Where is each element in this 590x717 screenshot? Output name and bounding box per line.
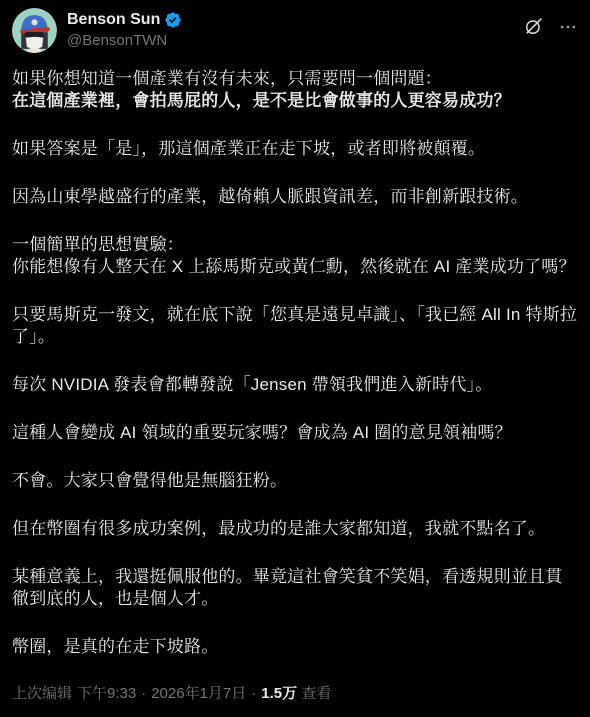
post-meta: 上次编辑 下午9:33 · 2026年1月7日 · 1.5万 查看 [12,684,578,704]
views-count: 1.5万 [261,685,297,702]
post-line: 一個簡單的思想實驗： [12,234,578,256]
post-paragraph: 如果答案是「是」，那這個產業正在走下坡，或者即將被顛覆。 [12,138,578,160]
verified-badge-icon [164,11,182,29]
post-line-bold: 在這個產業裡，會拍馬屁的人，是不是比會做事的人更容易成功？ [12,90,578,112]
post-line: 你能想像有人整天在 X 上舔馬斯克或黃仁勳，然後就在 AI 產業成功了嗎？ [12,256,578,278]
post-text: 如果你想知道一個產業有沒有未來，只需要問一個問題： 在這個產業裡，會拍馬屁的人，… [12,68,578,658]
post-line: 幣圈，是真的在走下坡路。 [12,636,578,658]
more-button[interactable] [558,17,578,37]
post-paragraph: 某種意義上，我還挺佩服他的。畢竟這社會笑貧不笑娼，看透規則並且貫徹到底的人，也是… [12,566,578,610]
post-line: 這種人會變成 AI 領域的重要玩家嗎？會成為 AI 圈的意見領袖嗎？ [12,422,578,444]
views-link[interactable]: 1.5万 查看 [261,684,331,704]
post-paragraph: 只要馬斯克一發文，就在底下說「您真是遠見卓識」、「我已經 All In 特斯拉了… [12,304,578,348]
post-line: 但在幣圈有很多成功案例，最成功的是誰大家都知道，我就不點名了。 [12,518,578,540]
post-paragraph: 這種人會變成 AI 領域的重要玩家嗎？會成為 AI 圈的意見領袖嗎？ [12,422,578,444]
post-header: Benson Sun @BensonTWN [12,8,578,53]
post-paragraph: 但在幣圈有很多成功案例，最成功的是誰大家都知道，我就不點名了。 [12,518,578,540]
avatar[interactable] [12,8,57,53]
display-name[interactable]: Benson Sun [67,10,160,30]
post-line: 不會。大家只會覺得他是無腦狂粉。 [12,470,578,492]
post-page: Benson Sun @BensonTWN [0,0,590,717]
views-label: 查看 [301,685,331,702]
post-line: 因為山東學越盛行的產業，越倚賴人脈跟資訊差，而非創新跟技術。 [12,186,578,208]
post-date: 2026年1月7日 [151,684,246,704]
separator-dot: · [141,684,146,704]
user-info: Benson Sun @BensonTWN [67,8,523,51]
post-line: 只要馬斯克一發文，就在底下說「您真是遠見卓識」、「我已經 All In 特斯拉了… [12,304,578,348]
separator-dot: · [251,684,256,704]
more-icon [558,17,578,37]
post-paragraph: 一個簡單的思想實驗： 你能想像有人整天在 X 上舔馬斯克或黃仁勳，然後就在 AI… [12,234,578,278]
post-line: 某種意義上，我還挺佩服他的。畢竟這社會笑貧不笑娼，看透規則並且貫徹到底的人，也是… [12,566,578,610]
post-paragraph: 幣圈，是真的在走下坡路。 [12,636,578,658]
post-paragraph: 每次 NVIDIA 發表會都轉發說「Jensen 帶領我們進入新時代」。 [12,374,578,396]
grok-icon [523,16,544,37]
post-paragraph: 不會。大家只會覺得他是無腦狂粉。 [12,470,578,492]
avatar-image [12,8,57,53]
post-paragraph: 如果你想知道一個產業有沒有未來，只需要問一個問題： 在這個產業裡，會拍馬屁的人，… [12,68,578,112]
grok-button[interactable] [523,16,544,37]
header-actions [523,8,578,37]
edited-label[interactable]: 上次编辑 [12,684,72,704]
post-paragraph: 因為山東學越盛行的產業，越倚賴人脈跟資訊差，而非創新跟技術。 [12,186,578,208]
post-line: 如果答案是「是」，那這個產業正在走下坡，或者即將被顛覆。 [12,138,578,160]
post-line: 每次 NVIDIA 發表會都轉發說「Jensen 帶領我們進入新時代」。 [12,374,578,396]
post-time: 下午9:33 [77,684,136,704]
post-line: 如果你想知道一個產業有沒有未來，只需要問一個問題： [12,68,578,90]
user-handle[interactable]: @BensonTWN [67,32,167,49]
